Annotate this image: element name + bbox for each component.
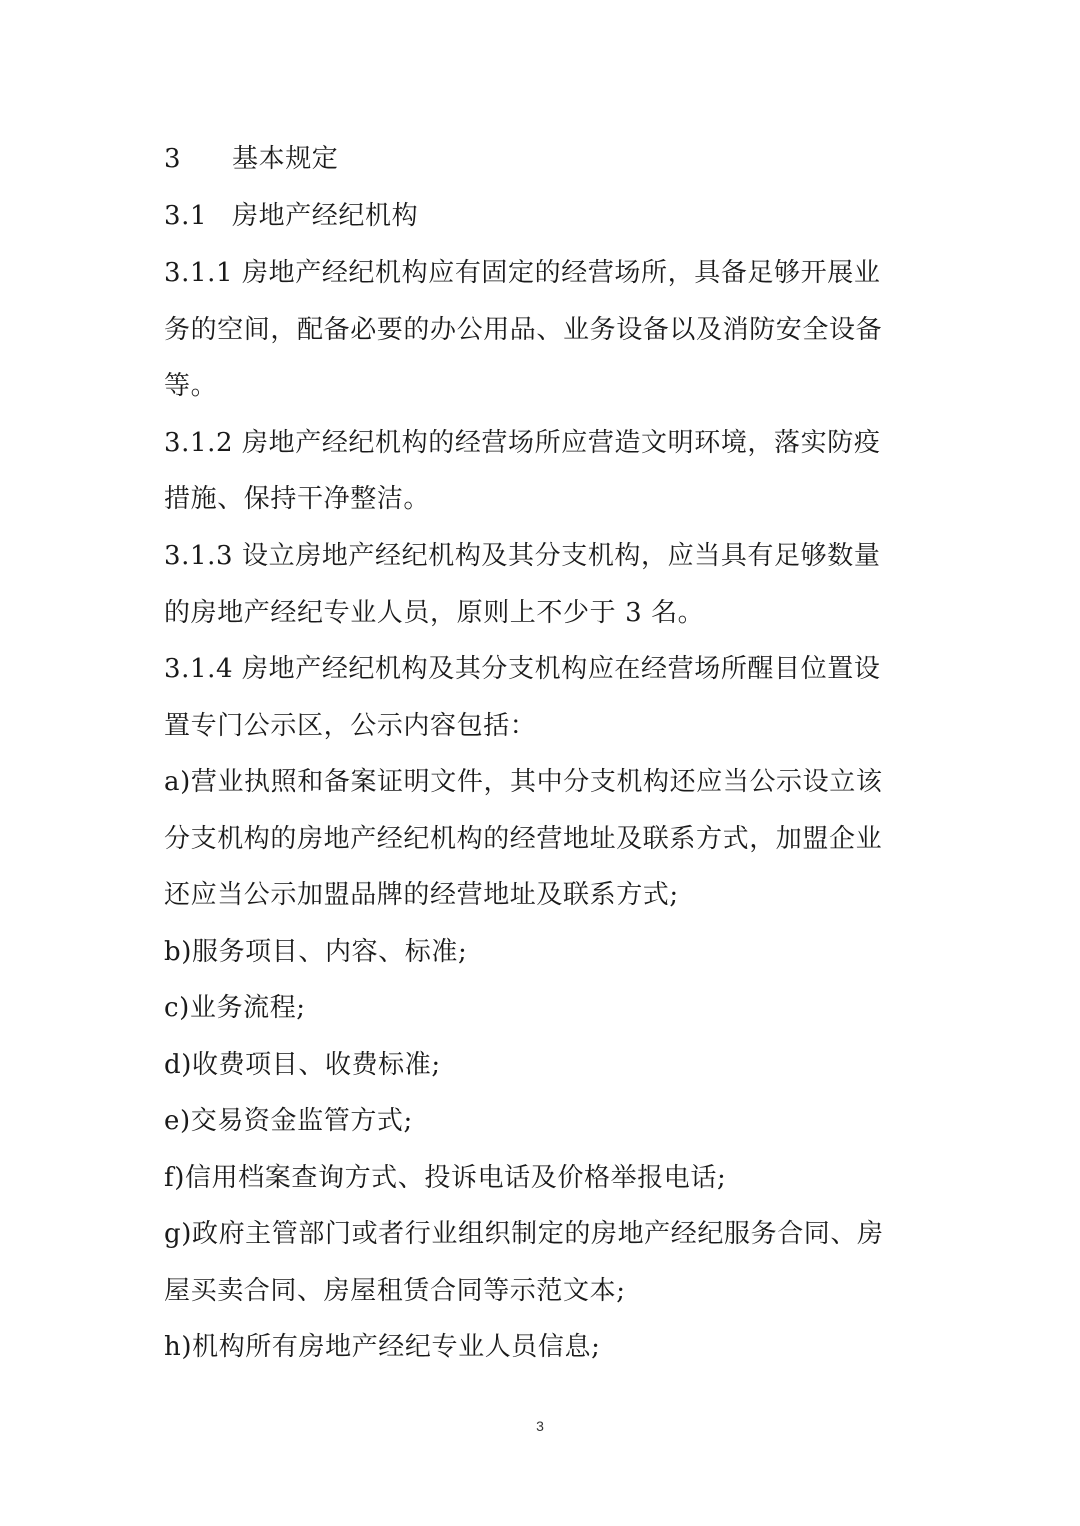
subsection-number: 3.1 <box>164 199 232 233</box>
list-item-g: g)政府主管部门或者行业组织制定的房地产经纪服务合同、房 <box>164 1217 904 1251</box>
list-item-d: d)收费项目、收费标准; <box>164 1048 904 1082</box>
subsection-heading: 3.1房地产经纪机构 <box>164 199 904 233</box>
body-line: 3.1.4 房地产经纪机构及其分支机构应在经营场所醒目位置设 <box>164 652 904 686</box>
list-item-a-cont: 还应当公示加盟品牌的经营地址及联系方式; <box>164 878 904 912</box>
body-line: 3.1.3 设立房地产经纪机构及其分支机构，应当具有足够数量 <box>164 539 904 573</box>
section-heading: 3基本规定 <box>164 142 904 176</box>
body-line: 的房地产经纪专业人员，原则上不少于 3 名。 <box>164 596 904 630</box>
list-item-a-cont: 分支机构的房地产经纪机构的经营地址及联系方式，加盟企业 <box>164 822 904 856</box>
subsection-title: 房地产经纪机构 <box>232 201 418 231</box>
list-item-a: a)营业执照和备案证明文件，其中分支机构还应当公示设立该 <box>164 765 904 799</box>
section-title: 基本规定 <box>232 144 338 174</box>
body-line: 3.1.2 房地产经纪机构的经营场所应营造文明环境，落实防疫 <box>164 426 904 460</box>
section-number: 3 <box>164 142 232 176</box>
body-line: 措施、保持干净整洁。 <box>164 482 904 516</box>
list-item-b: b)服务项目、内容、标准; <box>164 935 904 969</box>
body-line: 置专门公示区，公示内容包括： <box>164 709 904 743</box>
page-number: 3 <box>0 1418 1080 1434</box>
document-page: 3基本规定 3.1房地产经纪机构 3.1.1 房地产经纪机构应有固定的经营场所，… <box>0 0 1080 1526</box>
list-item-e: e)交易资金监管方式; <box>164 1104 904 1138</box>
list-item-g-cont: 屋买卖合同、房屋租赁合同等示范文本; <box>164 1274 904 1308</box>
body-line: 务的空间，配备必要的办公用品、业务设备以及消防安全设备 <box>164 313 904 347</box>
list-item-h: h)机构所有房地产经纪专业人员信息; <box>164 1330 904 1364</box>
list-item-f: f)信用档案查询方式、投诉电话及价格举报电话; <box>164 1161 904 1195</box>
list-item-c: c)业务流程; <box>164 991 904 1025</box>
body-line: 3.1.1 房地产经纪机构应有固定的经营场所，具备足够开展业 <box>164 256 904 290</box>
body-line: 等。 <box>164 369 904 403</box>
